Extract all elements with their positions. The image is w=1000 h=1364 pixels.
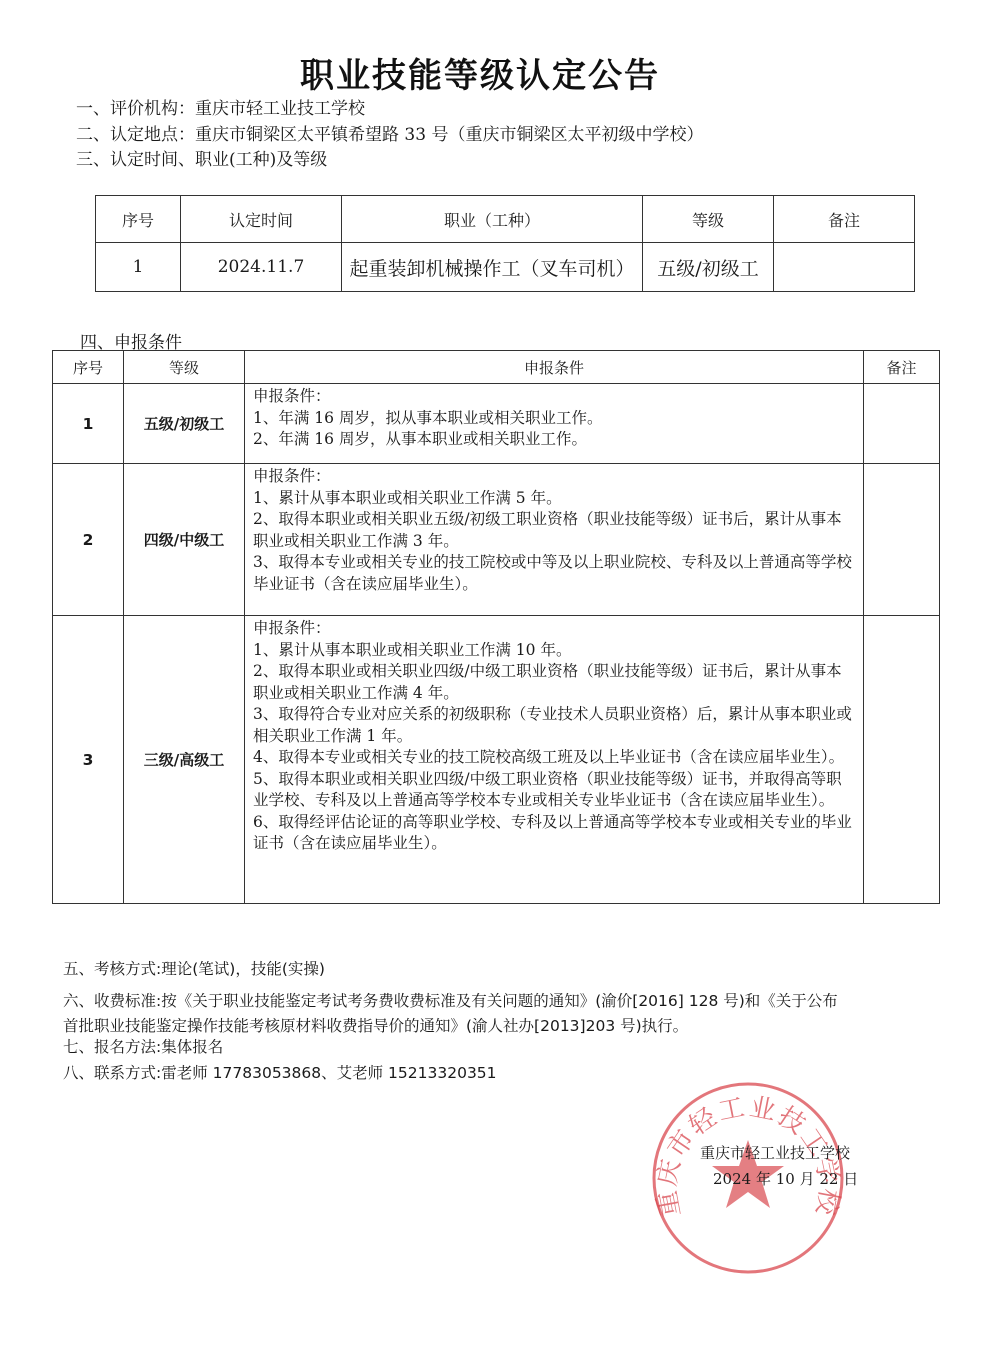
row-no: 1 [53, 384, 124, 464]
registration-method: 七、报名方法:集体报名 [63, 1036, 223, 1058]
conditions-table: 序号 等级 申报条件 备注 1 五级/初级工 申报条件： 1、年满 16 周岁，… [52, 350, 940, 904]
signature-org: 重庆市轻工业技工学校 [700, 1142, 850, 1163]
header-note: 备注 [774, 196, 915, 243]
condition-line: 1、年满 16 周岁，拟从事本职业或相关职业工作。 [253, 408, 855, 430]
row-conditions: 申报条件： 1、累计从事本职业或相关职业工作满 10 年。 2、取得本职业或相关… [245, 616, 864, 904]
header-occupation: 职业（工种） [342, 196, 643, 243]
row-no: 3 [53, 616, 124, 904]
document-title: 职业技能等级认定公告 [0, 48, 960, 97]
condition-line: 6、取得经评估论证的高等职业学校、专科及以上普通高等学校本专业或相关专业的毕业证… [253, 812, 855, 855]
header-no: 序号 [53, 351, 124, 384]
header-level: 等级 [643, 196, 774, 243]
condition-line: 5、取得本职业或相关职业四级/中级工职业资格（职业技能等级）证书，并取得高等职业… [253, 769, 855, 812]
row-conditions: 申报条件： 1、累计从事本职业或相关职业工作满 5 年。 2、取得本职业或相关职… [245, 464, 864, 616]
header-date: 认定时间 [181, 196, 342, 243]
row-note [864, 384, 940, 464]
table-row: 3 三级/高级工 申报条件： 1、累计从事本职业或相关职业工作满 10 年。 2… [53, 616, 940, 904]
row-level: 三级/高级工 [124, 616, 245, 904]
conditions-table-header: 序号 等级 申报条件 备注 [53, 351, 940, 384]
exam-method: 五、考核方式:理论(笔试)，技能(实操) [63, 958, 325, 980]
condition-line: 2、年满 16 周岁，从事本职业或相关职业工作。 [253, 429, 855, 451]
row-note [774, 243, 915, 292]
condition-line: 申报条件： [253, 618, 855, 640]
intro-time-occupation: 三、认定时间、职业(工种)及等级 [76, 148, 327, 172]
schedule-table-header: 序号 认定时间 职业（工种） 等级 备注 [96, 196, 915, 243]
row-conditions: 申报条件： 1、年满 16 周岁，拟从事本职业或相关职业工作。 2、年满 16 … [245, 384, 864, 464]
intro-location: 二、认定地点：重庆市铜梁区太平镇希望路 33 号（重庆市铜梁区太平初级中学校） [76, 123, 703, 147]
condition-line: 2、取得本职业或相关职业五级/初级工职业资格（职业技能等级）证书后，累计从事本职… [253, 509, 855, 552]
table-row: 1 五级/初级工 申报条件： 1、年满 16 周岁，拟从事本职业或相关职业工作。… [53, 384, 940, 464]
signature-date: 2024 年 10 月 22 日 [713, 1168, 858, 1189]
condition-line: 申报条件： [253, 386, 855, 408]
contact-info: 八、联系方式:雷老师 17783053868、艾老师 15213320351 [63, 1062, 497, 1084]
row-date: 2024.11.7 [181, 243, 342, 292]
condition-line: 1、累计从事本职业或相关职业工作满 5 年。 [253, 488, 855, 510]
condition-line: 4、取得本专业或相关专业的技工院校高级工班及以上毕业证书（含在读应届毕业生）。 [253, 747, 855, 769]
condition-line: 申报条件： [253, 466, 855, 488]
row-no: 2 [53, 464, 124, 616]
header-conditions: 申报条件 [245, 351, 864, 384]
fee-standard-line1: 六、收费标准:按《关于职业技能鉴定考试考务费收费标准及有关问题的通知》(渝价[2… [63, 990, 838, 1012]
header-no: 序号 [96, 196, 181, 243]
row-no: 1 [96, 243, 181, 292]
row-note [864, 616, 940, 904]
row-level: 四级/中级工 [124, 464, 245, 616]
row-note [864, 464, 940, 616]
row-level: 五级/初级工 [124, 384, 245, 464]
row-level: 五级/初级工 [643, 243, 774, 292]
header-note: 备注 [864, 351, 940, 384]
condition-line: 3、取得符合专业对应关系的初级职称（专业技术人员职业资格）后，累计从事本职业或相… [253, 704, 855, 747]
condition-line: 3、取得本专业或相关专业的技工院校或中等及以上职业院校、专科及以上普通高等学校毕… [253, 552, 855, 595]
schedule-table: 序号 认定时间 职业（工种） 等级 备注 1 2024.11.7 起重装卸机械操… [95, 195, 915, 292]
fee-standard-line2: 首批职业技能鉴定操作技能考核原材料收费指导价的通知》(渝人社办[2013]203… [63, 1015, 688, 1037]
table-row: 2 四级/中级工 申报条件： 1、累计从事本职业或相关职业工作满 5 年。 2、… [53, 464, 940, 616]
condition-line: 1、累计从事本职业或相关职业工作满 10 年。 [253, 640, 855, 662]
intro-evaluation-org: 一、评价机构：重庆市轻工业技工学校 [76, 97, 365, 121]
table-row: 1 2024.11.7 起重装卸机械操作工（叉车司机） 五级/初级工 [96, 243, 915, 292]
header-level: 等级 [124, 351, 245, 384]
condition-line: 2、取得本职业或相关职业四级/中级工职业资格（职业技能等级）证书后，累计从事本职… [253, 661, 855, 704]
row-occupation: 起重装卸机械操作工（叉车司机） [342, 243, 643, 292]
